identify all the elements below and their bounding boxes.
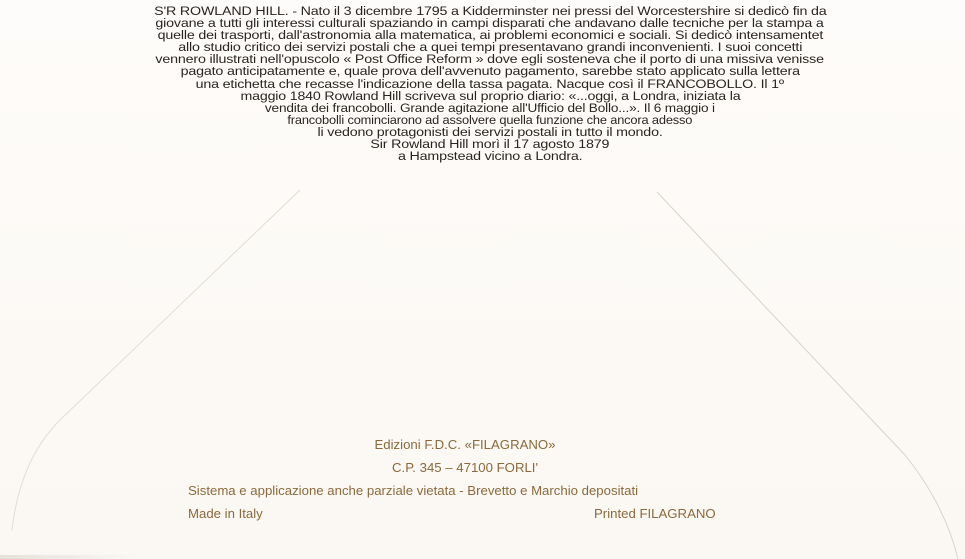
publisher-address: C.P. 345 – 47100 FORLI' — [0, 460, 930, 475]
origin-label: Made in Italy — [188, 506, 263, 521]
left-flap-fold — [12, 190, 300, 530]
envelope-back: S'R ROWLAND HILL. - Nato il 3 dicembre 1… — [0, 0, 965, 559]
rowland-hill-biography: S'R ROWLAND HILL. - Nato il 3 dicembre 1… — [110, 5, 870, 162]
printer-label: Printed FILAGRANO — [594, 506, 716, 521]
patent-notice: Sistema e applicazione anche parziale vi… — [188, 483, 638, 498]
bio-line: a Hampstead vicino a Londra. — [110, 150, 870, 162]
envelope-bottom-edge — [0, 555, 140, 559]
publisher-name: Edizioni F.D.C. «FILAGRANO» — [0, 437, 930, 452]
right-flap-fold — [657, 192, 958, 559]
